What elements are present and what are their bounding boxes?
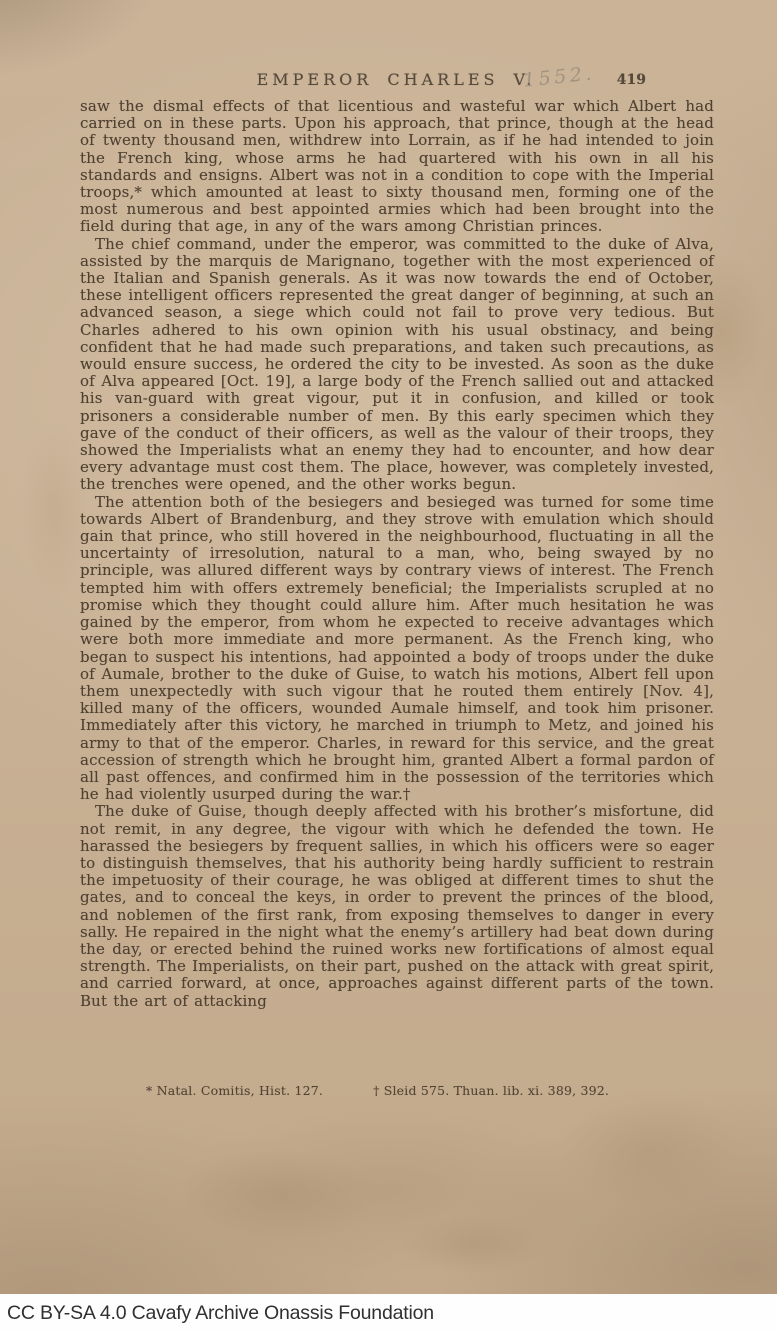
paragraph: The attention both of the besiegers and …	[80, 494, 714, 804]
paragraph: The chief command, under the emperor, wa…	[80, 236, 714, 494]
license-bar: CC BY-SA 4.0 Cavafy Archive Onassis Foun…	[0, 1294, 777, 1333]
footnote-asterisk: * Natal. Comitis, Hist. 127.	[146, 1083, 323, 1098]
page-header: EMPEROR CHARLES V. 1552. 419	[80, 70, 712, 92]
paper-stain	[180, 1150, 380, 1240]
paper-stain	[560, 1090, 740, 1210]
scanned-book-page: EMPEROR CHARLES V. 1552. 419 saw the dis…	[0, 0, 777, 1333]
license-text: CC BY-SA 4.0 Cavafy Archive Onassis Foun…	[7, 1302, 434, 1325]
footnotes: * Natal. Comitis, Hist. 127. † Sleid 575…	[80, 1083, 714, 1098]
footnote-dagger: † Sleid 575. Thuan. lib. xi. 389, 392.	[373, 1083, 609, 1098]
page-number: 419	[617, 72, 646, 88]
paragraph-continuation: saw the dismal effects of that licentiou…	[80, 98, 714, 236]
page-body-text: saw the dismal effects of that licentiou…	[80, 98, 714, 1010]
paper-stain	[400, 1215, 550, 1275]
paper-background: EMPEROR CHARLES V. 1552. 419 saw the dis…	[0, 0, 777, 1294]
paragraph: The duke of Guise, though deeply affecte…	[80, 803, 714, 1009]
